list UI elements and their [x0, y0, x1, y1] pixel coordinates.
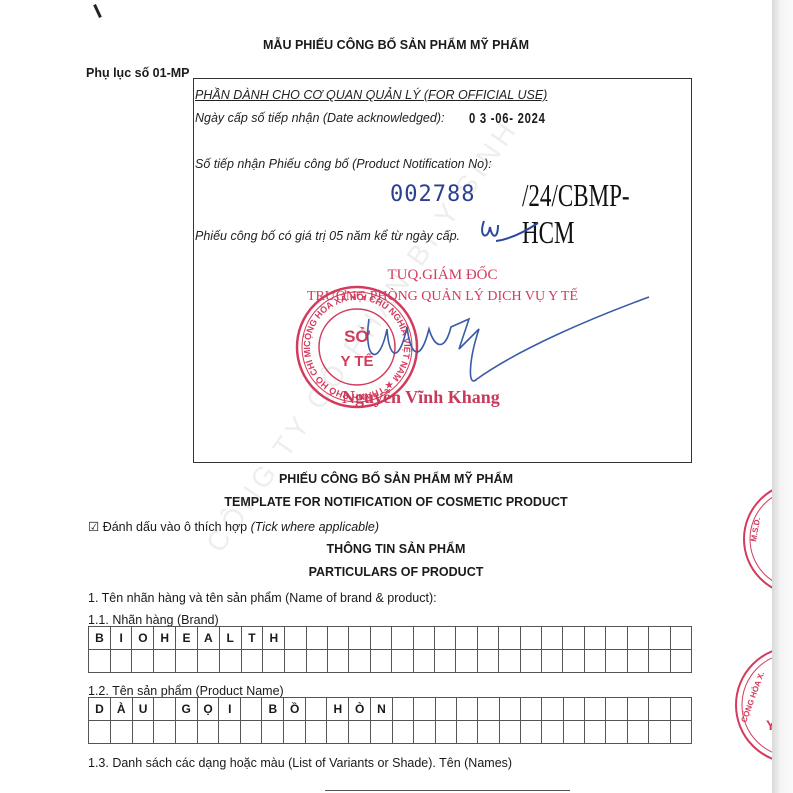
grid-cell[interactable]: [563, 650, 584, 673]
grid-cell[interactable]: B: [262, 698, 284, 721]
grid-cell[interactable]: [627, 650, 648, 673]
date-acknowledged-value: 0 3 -06- 2024: [469, 110, 546, 127]
validity-text: Phiếu công bố có giá trị 05 năm kể từ ng…: [195, 229, 460, 243]
grid-cell[interactable]: [328, 650, 349, 673]
grid-cell[interactable]: [132, 650, 154, 673]
grid-cell[interactable]: [154, 698, 175, 721]
grid-cell[interactable]: [435, 721, 456, 744]
date-acknowledged-label: Ngày cấp số tiếp nhận (Date acknowledged…: [195, 111, 444, 125]
grid-cell[interactable]: [456, 627, 477, 650]
grid-cell[interactable]: [285, 627, 306, 650]
grid-cell[interactable]: [306, 650, 327, 673]
grid-cell[interactable]: [627, 698, 648, 721]
brand-grid[interactable]: BIOHEALTH: [88, 626, 692, 673]
grid-cell[interactable]: [477, 650, 498, 673]
grid-cell[interactable]: [563, 721, 584, 744]
grid-cell[interactable]: [89, 721, 111, 744]
page-edge: [772, 0, 793, 793]
grid-cell[interactable]: [456, 721, 477, 744]
grid-cell[interactable]: [477, 627, 498, 650]
grid-cell[interactable]: [542, 698, 563, 721]
svg-text:M.S.D.: M.S.D.: [749, 517, 762, 543]
grid-cell[interactable]: À: [110, 698, 132, 721]
section-heading-en: PARTICULARS OF PRODUCT: [0, 565, 772, 579]
grid-cell[interactable]: [606, 721, 627, 744]
grid-cell[interactable]: I: [219, 698, 241, 721]
grid-cell[interactable]: [585, 721, 606, 744]
grid-cell[interactable]: [563, 698, 584, 721]
grid-cell[interactable]: [435, 698, 456, 721]
pen-mark: [93, 4, 102, 18]
grid-cell[interactable]: [627, 721, 648, 744]
grid-cell[interactable]: [349, 627, 370, 650]
grid-cell[interactable]: [520, 627, 541, 650]
grid-cell[interactable]: [414, 721, 435, 744]
grid-cell[interactable]: [219, 721, 241, 744]
grid-cell[interactable]: [262, 721, 284, 744]
grid-cell[interactable]: [306, 627, 327, 650]
grid-cell[interactable]: [154, 650, 176, 673]
grid-cell[interactable]: [349, 721, 371, 744]
grid-cell[interactable]: [371, 721, 393, 744]
official-use-box: PHẦN DÀNH CHO CƠ QUAN QUẢN LÝ (FOR OFFIC…: [193, 78, 692, 463]
grid-cell[interactable]: I: [110, 627, 132, 650]
checkbox-icon: ☑: [88, 520, 99, 534]
grid-cell[interactable]: [306, 721, 327, 744]
grid-cell[interactable]: [370, 627, 391, 650]
grid-cell[interactable]: [392, 721, 413, 744]
grid-cell[interactable]: L: [219, 627, 241, 650]
document-page: MẪU PHIẾU CÔNG BỐ SẢN PHẨM MỸ PHẨM Phụ l…: [0, 0, 772, 793]
signer-name: Nguyễn Vĩnh Khang: [342, 387, 500, 408]
stamp-title-1: TUQ.GIÁM ĐỐC: [194, 267, 691, 284]
grid-cell[interactable]: [520, 650, 541, 673]
appendix-label: Phụ lục số 01-MP: [86, 66, 190, 80]
question-1-2-product-name: 1.2. Tên sản phẩm (Product Name): [88, 684, 284, 698]
grid-cell[interactable]: [670, 721, 691, 744]
grid-cell[interactable]: [478, 721, 499, 744]
grid-cell[interactable]: [349, 650, 370, 673]
grid-cell[interactable]: [435, 627, 456, 650]
grid-cell[interactable]: [414, 698, 435, 721]
product-name-grid[interactable]: DÀUGỌIBỒHÒN: [88, 697, 692, 744]
grid-cell[interactable]: [110, 721, 132, 744]
grid-cell[interactable]: [670, 698, 691, 721]
question-1-3-variants: 1.3. Danh sách các dạng hoặc màu (List o…: [88, 756, 512, 770]
grid-cell[interactable]: [478, 698, 499, 721]
grid-cell[interactable]: [606, 627, 627, 650]
document-title: MẪU PHIẾU CÔNG BỐ SẢN PHẨM MỸ PHẨM: [0, 38, 772, 52]
director-signature-icon: [359, 289, 659, 399]
grid-cell[interactable]: [649, 627, 670, 650]
section-heading-vi: THÔNG TIN SẢN PHẨM: [0, 542, 772, 556]
grid-cell[interactable]: [584, 627, 605, 650]
grid-cell[interactable]: [154, 721, 175, 744]
grid-cell[interactable]: [584, 650, 605, 673]
grid-cell[interactable]: [392, 650, 413, 673]
grid-cell[interactable]: [285, 650, 306, 673]
grid-cell[interactable]: H: [154, 627, 176, 650]
grid-cell[interactable]: [176, 650, 198, 673]
grid-cell[interactable]: [413, 650, 434, 673]
grid-cell[interactable]: [370, 650, 391, 673]
notification-no-label: Số tiếp nhận Phiếu công bố (Product Noti…: [195, 157, 492, 171]
grid-cell[interactable]: [542, 627, 563, 650]
grid-cell[interactable]: [499, 627, 520, 650]
grid-cell[interactable]: [327, 721, 349, 744]
question-1-1-brand: 1.1. Nhãn hàng (Brand): [88, 613, 219, 627]
grid-cell[interactable]: H: [263, 627, 285, 650]
grid-cell[interactable]: [306, 698, 327, 721]
grid-cell[interactable]: [456, 650, 477, 673]
grid-cell[interactable]: [627, 627, 648, 650]
bottom-line: [325, 790, 570, 791]
grid-cell[interactable]: [542, 650, 563, 673]
grid-cell[interactable]: E: [176, 627, 198, 650]
grid-cell[interactable]: [197, 721, 219, 744]
grid-cell[interactable]: [241, 650, 263, 673]
grid-cell[interactable]: [649, 721, 670, 744]
tick-label-en: (Tick where applicable): [251, 520, 379, 534]
grid-cell[interactable]: [499, 698, 520, 721]
grid-cell[interactable]: [328, 627, 349, 650]
grid-cell[interactable]: [413, 627, 434, 650]
grid-cell[interactable]: Ọ: [197, 698, 219, 721]
official-use-heading: PHẦN DÀNH CHO CƠ QUAN QUẢN LÝ (FOR OFFIC…: [195, 88, 547, 102]
grid-cell[interactable]: [585, 698, 606, 721]
grid-cell[interactable]: [542, 721, 563, 744]
grid-cell[interactable]: H: [327, 698, 349, 721]
grid-cell[interactable]: B: [89, 627, 111, 650]
grid-cell[interactable]: T: [241, 627, 263, 650]
initial-signature-icon: [476, 217, 546, 247]
grid-cell[interactable]: [649, 650, 670, 673]
grid-cell[interactable]: [197, 650, 219, 673]
grid-cell[interactable]: [521, 698, 542, 721]
grid-cell[interactable]: [132, 721, 154, 744]
form-heading-vi: PHIẾU CÔNG BỐ SẢN PHẨM MỸ PHẨM: [0, 472, 772, 486]
grid-cell[interactable]: [241, 721, 262, 744]
grid-cell[interactable]: [670, 627, 691, 650]
grid-cell[interactable]: [284, 721, 306, 744]
grid-cell[interactable]: [263, 650, 285, 673]
grid-cell[interactable]: [670, 650, 691, 673]
grid-cell[interactable]: [219, 650, 241, 673]
grid-cell[interactable]: [649, 698, 670, 721]
question-1: 1. Tên nhãn hàng và tên sản phẩm (Name o…: [88, 591, 437, 605]
grid-cell[interactable]: A: [197, 627, 219, 650]
grid-cell[interactable]: [499, 721, 520, 744]
tick-label: Đánh dấu vào ô thích hợp: [103, 520, 247, 534]
grid-cell[interactable]: D: [89, 698, 111, 721]
grid-cell[interactable]: Ồ: [284, 698, 306, 721]
form-heading-en: TEMPLATE FOR NOTIFICATION OF COSMETIC PR…: [0, 495, 772, 509]
tick-instruction: ☑ Đánh dấu vào ô thích hợp (Tick where a…: [88, 519, 379, 534]
grid-cell[interactable]: G: [175, 698, 197, 721]
grid-cell[interactable]: [606, 698, 627, 721]
grid-cell[interactable]: [241, 698, 262, 721]
notification-number: 002788: [390, 182, 475, 207]
grid-cell[interactable]: O: [132, 627, 154, 650]
grid-cell[interactable]: [521, 721, 542, 744]
grid-cell[interactable]: [435, 650, 456, 673]
grid-cell[interactable]: [392, 698, 413, 721]
side-stamp-icon-2: CỘNG HÒA X. Y: [722, 645, 772, 765]
grid-cell[interactable]: [456, 698, 477, 721]
grid-cell[interactable]: [606, 650, 627, 673]
grid-cell[interactable]: [89, 650, 111, 673]
grid-cell[interactable]: N: [371, 698, 393, 721]
grid-cell[interactable]: U: [132, 698, 154, 721]
grid-cell[interactable]: [563, 627, 584, 650]
grid-cell[interactable]: [175, 721, 197, 744]
grid-cell[interactable]: [110, 650, 132, 673]
grid-cell[interactable]: [392, 627, 413, 650]
grid-cell[interactable]: [499, 650, 520, 673]
grid-cell[interactable]: Ò: [349, 698, 371, 721]
